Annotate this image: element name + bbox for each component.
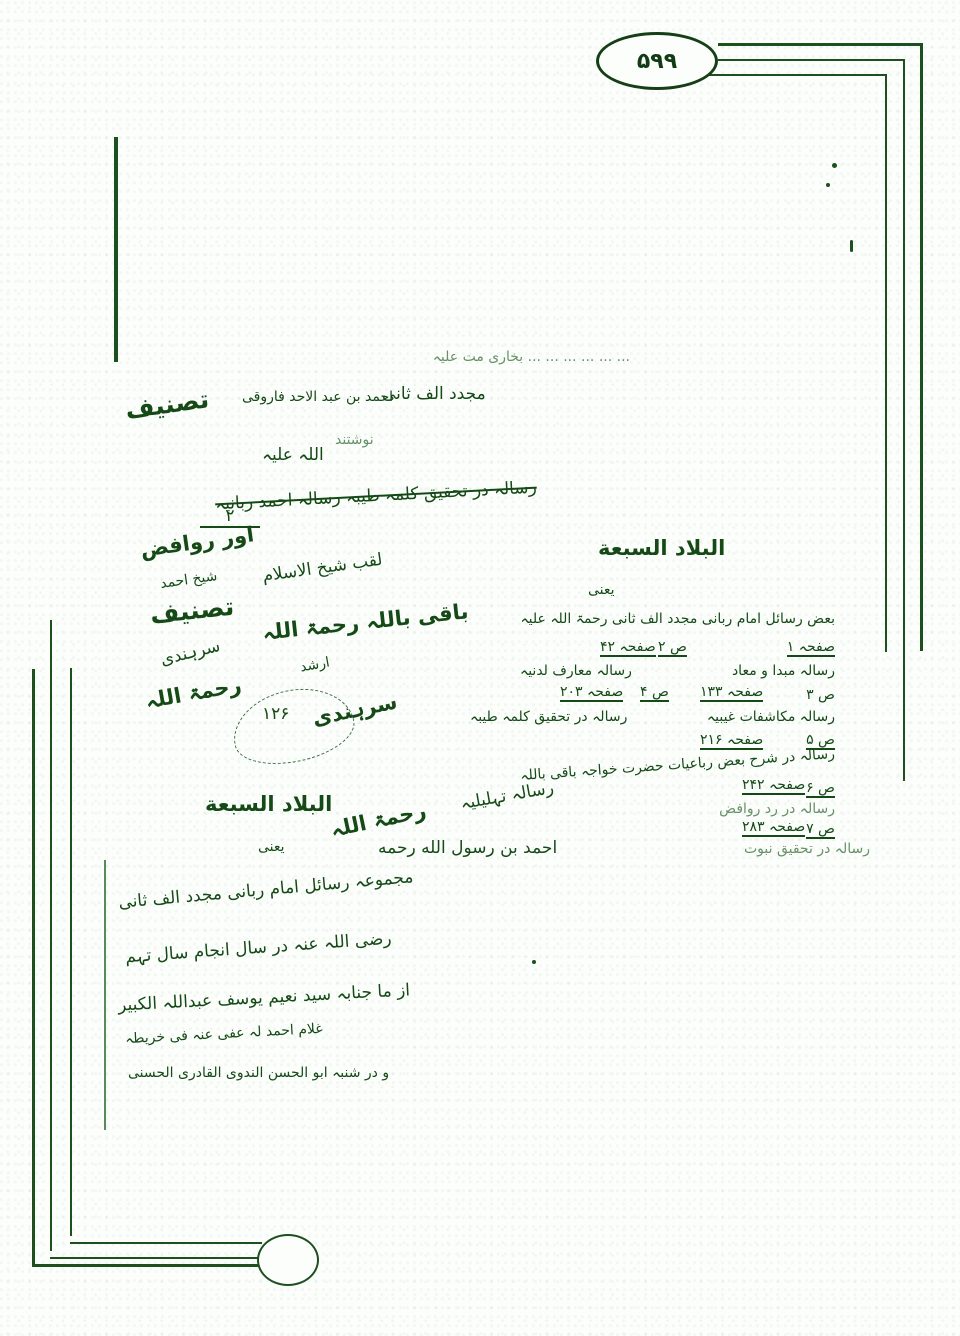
bilad-sabaa-heading: البلاد السبعة bbox=[598, 538, 725, 559]
contents-intro: بعض رسائل امام ربانی مجدد الف ثانی رحمۃ … bbox=[520, 612, 835, 626]
header-line: ... ... ... ... ... ... بخاری مت علیہ bbox=[433, 350, 630, 364]
left-line-shaikh: شیخ احمد bbox=[159, 569, 218, 591]
author-name-line: احمد بن عبد الاحد فاروقی bbox=[242, 390, 393, 404]
entry-title-radd-rawafiz: رسالہ در رد روافض bbox=[719, 802, 835, 816]
entry-page-6: صفحہ ۲۴۲ bbox=[742, 778, 805, 795]
frame-right-middle bbox=[903, 59, 905, 781]
frame-bottom-inner bbox=[70, 1242, 262, 1244]
yani-label: یعنی bbox=[588, 583, 615, 597]
left-line-sirhindi: سرہندی bbox=[159, 638, 222, 669]
title-mujaddid: مجدد الف ثانی bbox=[382, 386, 486, 403]
frame-left-top-rule bbox=[114, 137, 118, 362]
colophon-line-1: مجموعہ رسائل امام ربانی مجدد الف ثانی bbox=[118, 869, 414, 912]
mid-line-arshad: ارشد bbox=[299, 656, 331, 675]
entry-title-mukashifat: رسالہ مکاشفات غیبیہ bbox=[707, 710, 835, 724]
entry-title-nubuwwat: رسالہ در تحقیق نبوت bbox=[744, 842, 870, 856]
struck-title: رسالہ در تحقیق کلمہ طیبہ رسالہ احمد ربان… bbox=[215, 480, 537, 514]
colophon-line-2: رضی اللہ عنہ در سال انجام سال تہم bbox=[125, 931, 392, 967]
entry-title-maarif-laduniya: رسالہ معارف لدنیہ bbox=[520, 664, 632, 678]
page-number-text: ۵۹۹ bbox=[637, 49, 677, 74]
entry-ref-2: ص ۲ bbox=[658, 640, 687, 657]
frame-left-middle bbox=[50, 620, 52, 1251]
frame-right-outer bbox=[920, 43, 923, 651]
seal-outline bbox=[226, 678, 360, 774]
frame-left-outer bbox=[32, 669, 35, 1266]
left-line-rahmatullah: رحمۃ اللہ bbox=[144, 675, 243, 713]
frame-bottom-outer bbox=[32, 1264, 264, 1267]
entry-page-4: صفحہ ۲۰۳ bbox=[560, 685, 623, 702]
frame-top-inner bbox=[714, 74, 887, 76]
colophon-line-4: غلام احمد لہ عفی عنہ فی خریطہ bbox=[125, 1022, 323, 1046]
entry-ref-3: ص ۳ bbox=[806, 688, 835, 702]
page-number: ۵۹۹ bbox=[596, 32, 718, 90]
frame-top-middle bbox=[718, 59, 905, 61]
entry-title-kalima-tayyiba: رسالہ در تحقیق کلمہ طیبہ bbox=[470, 710, 627, 724]
entry-title-mabda-maad: رسالہ مبدا و معاد bbox=[732, 664, 835, 678]
frame-left-inner bbox=[70, 668, 72, 1236]
entry-ref-6: ص ۶ bbox=[806, 781, 835, 798]
seal-number: ۱۲۶ bbox=[262, 706, 289, 723]
frame-right-inner bbox=[885, 74, 887, 652]
ink-speck bbox=[832, 163, 837, 168]
entry-ref-4: ص ۴ bbox=[640, 685, 669, 702]
mid-line-baqi-billah: باقی باللہ رحمۃ اللہ bbox=[261, 601, 469, 644]
second-block-mid: رسالہ تہلیلیہ bbox=[459, 780, 555, 813]
entry-page-7: صفحہ ۲۸۳ bbox=[742, 820, 805, 837]
entry-ref-1: صفحہ ۱ bbox=[787, 640, 835, 657]
second-yani-label: یعنی bbox=[258, 840, 285, 854]
mid-line-laqab: لقب شیخ الاسلام bbox=[261, 552, 383, 586]
second-block-rahma: رحمۃ اللہ bbox=[329, 800, 428, 841]
entry-page-3: صفحہ ۱۳۳ bbox=[700, 685, 763, 702]
ink-speck bbox=[532, 960, 536, 964]
second-heading-bilad: البلاد السبعة bbox=[205, 794, 332, 815]
tasnif-heading: تصنیف bbox=[124, 386, 211, 422]
allah-alaih: اللہ علیہ bbox=[262, 447, 324, 464]
ink-speck bbox=[826, 183, 830, 187]
left-line-tasnif: تصنیف bbox=[149, 594, 235, 628]
frame-bottom-middle bbox=[50, 1257, 260, 1259]
colophon-line-3: از ما جنابہ سید نعیم یوسف عبداللہ الکبیر bbox=[118, 982, 411, 1014]
entry-ref-7: ص ۷ bbox=[806, 822, 835, 839]
bottom-ornament-oval bbox=[257, 1234, 319, 1286]
manuscript-page: ۵۹۹ ... ... ... ... ... ... بخاری مت علی… bbox=[0, 0, 960, 1336]
second-author-line: احمد بن رسول الله رحمه bbox=[378, 840, 557, 857]
frame-top-outer bbox=[718, 43, 923, 46]
text-margin-rule bbox=[104, 860, 106, 1130]
naveshtand: نوشتند bbox=[335, 433, 374, 447]
ink-speck bbox=[850, 240, 853, 252]
entry-page-5: صفحہ ۲۱۶ bbox=[700, 733, 763, 750]
colophon-line-5: و در شنبہ ابو الحسن الندوی القادری الحسن… bbox=[128, 1066, 389, 1080]
entry-page-2: صفحہ ۴۲ bbox=[600, 640, 656, 657]
left-line-rawafiz: اور روافض bbox=[139, 524, 255, 561]
